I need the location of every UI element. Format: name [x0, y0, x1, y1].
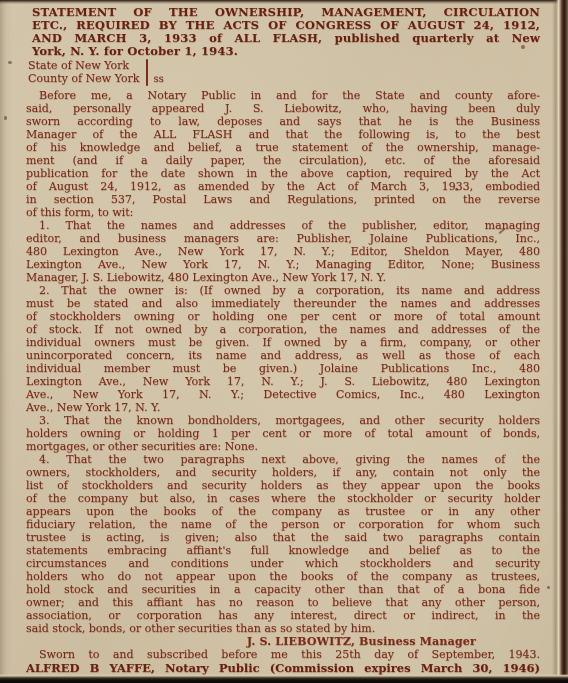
text-line: owners, stockholders, and security holde… — [26, 466, 540, 479]
venue-county: County of New York — [28, 72, 139, 85]
document-content: STATEMENT OF THE OWNERSHIP, MANAGEMENT, … — [0, 0, 568, 675]
text-line: of August 24, 1912, as amended by the Ac… — [26, 180, 540, 193]
text-line: sworn according to law, deposes and says… — [26, 115, 540, 128]
paragraph-2-owner: 2. That the owner is: (If owned by a cor… — [26, 284, 540, 414]
signature-line: J. S. LIEBOWITZ, Business Manager — [26, 635, 540, 648]
text-line: 1. That the names and addresses of the p… — [26, 219, 540, 232]
text-line: trustee is acting, is given; also that t… — [26, 531, 540, 544]
text-line: individual member must be given.) Jolain… — [26, 362, 540, 375]
text-line: editor, and business managers are: Publi… — [26, 232, 540, 245]
text-line: unincorporated concern, its name and add… — [26, 349, 540, 362]
text-line: of the company but also, in cases where … — [26, 492, 540, 505]
text-line: must be stated and also immediately ther… — [26, 297, 540, 310]
ink-speck — [521, 45, 525, 49]
text-line: Manager, J. S. Liebowitz, 480 Lexington … — [26, 271, 540, 284]
text-line: 480 Lexington Ave., New York 17, N. Y.; … — [26, 245, 540, 258]
intro-paragraph: Before me, a Notary Public in and for th… — [26, 89, 540, 219]
venue-block: State of New York County of New York ss — [28, 59, 540, 86]
sworn-statement: Sworn to and subscribed before me this 2… — [26, 648, 540, 661]
text-line: holders owning or holding 1 per cent or … — [26, 427, 540, 440]
venue-state: State of New York — [28, 59, 139, 72]
text-line: statements embracing affiant's full know… — [26, 544, 540, 557]
paragraph-3-bondholders: 3. That the known bondholders, mortgagee… — [26, 414, 540, 453]
text-line: said, personally appeared J. S. Liebowit… — [26, 102, 540, 115]
text-line: 2. That the owner is: (If owned by a cor… — [26, 284, 540, 297]
text-line: individual owners must be given. If owne… — [26, 336, 540, 349]
ink-speck — [4, 116, 7, 120]
ink-speck — [547, 586, 550, 589]
text-line: owner; and this affiant has no reason to… — [26, 596, 540, 609]
text-line: appears upon the books of the company as… — [26, 505, 540, 518]
text-line: Lexington Ave., New York 17, N. Y.; Mana… — [26, 258, 540, 271]
text-line: said stock, bonds, or other securities t… — [26, 622, 540, 635]
text-line: of this form, to wit: — [26, 206, 540, 219]
text-line: association, or corporation has any inte… — [26, 609, 540, 622]
text-line: hold stock and securities in a capacity … — [26, 583, 540, 596]
text-line: of his knowledge and belief, a true stat… — [26, 141, 540, 154]
paragraph-4-affidavit: 4. That the two paragraphs next above, g… — [26, 453, 540, 635]
ss-abbreviation: ss — [153, 73, 163, 86]
text-line: Lexington Ave., New York 17, N. Y.; J. S… — [26, 375, 540, 388]
brace-mark — [146, 59, 148, 86]
scan-edge-top — [0, 0, 568, 4]
text-line: in section 537, Postal Laws and Regulati… — [26, 193, 540, 206]
text-line: circumstances and conditions under which… — [26, 557, 540, 570]
ink-speck — [455, 188, 458, 191]
text-line: mortgages, or other securities are: None… — [26, 440, 540, 453]
text-line: Before me, a Notary Public in and for th… — [26, 89, 540, 102]
scanned-document-page: STATEMENT OF THE OWNERSHIP, MANAGEMENT, … — [0, 0, 568, 683]
document-title: STATEMENT OF THE OWNERSHIP, MANAGEMENT, … — [32, 6, 540, 58]
text-line: publication for the date shown in the ab… — [26, 167, 540, 180]
text-line: holders who do not appear upon the books… — [26, 570, 540, 583]
scan-edge-bottom — [0, 674, 568, 683]
text-line: Ave., New York 17, N. Y. — [26, 401, 540, 414]
text-line: 4. That the two paragraphs next above, g… — [26, 453, 540, 466]
text-line: Ave., New York 17, N. Y.; Detective Comi… — [26, 388, 540, 401]
text-line: ment (and if a daily paper, the circulat… — [26, 154, 540, 167]
scan-edge-right — [552, 0, 568, 683]
notary-line: ALFRED B YAFFE, Notary Public (Commissio… — [26, 661, 540, 675]
venue-lines: State of New York County of New York — [28, 59, 139, 86]
text-line: fiduciary relation, the name of the pers… — [26, 518, 540, 531]
text-line: of stockholders owning or holding one pe… — [26, 310, 540, 323]
text-line: list of stockholders and security holder… — [26, 479, 540, 492]
paragraph-1-publisher: 1. That the names and addresses of the p… — [26, 219, 540, 284]
notary-title: Notary Public (Commission expires March … — [165, 661, 540, 675]
text-line: Manager of the ALL FLASH and that the fo… — [26, 128, 540, 141]
title-line: York, N. Y. for October 1, 1943. — [32, 45, 540, 58]
ink-speck — [8, 61, 12, 64]
text-line: of stock. If not owned by a corporation,… — [26, 323, 540, 336]
text-line: 3. That the known bondholders, mortgagee… — [26, 414, 540, 427]
notary-name: ALFRED B YAFFE, — [26, 661, 165, 675]
